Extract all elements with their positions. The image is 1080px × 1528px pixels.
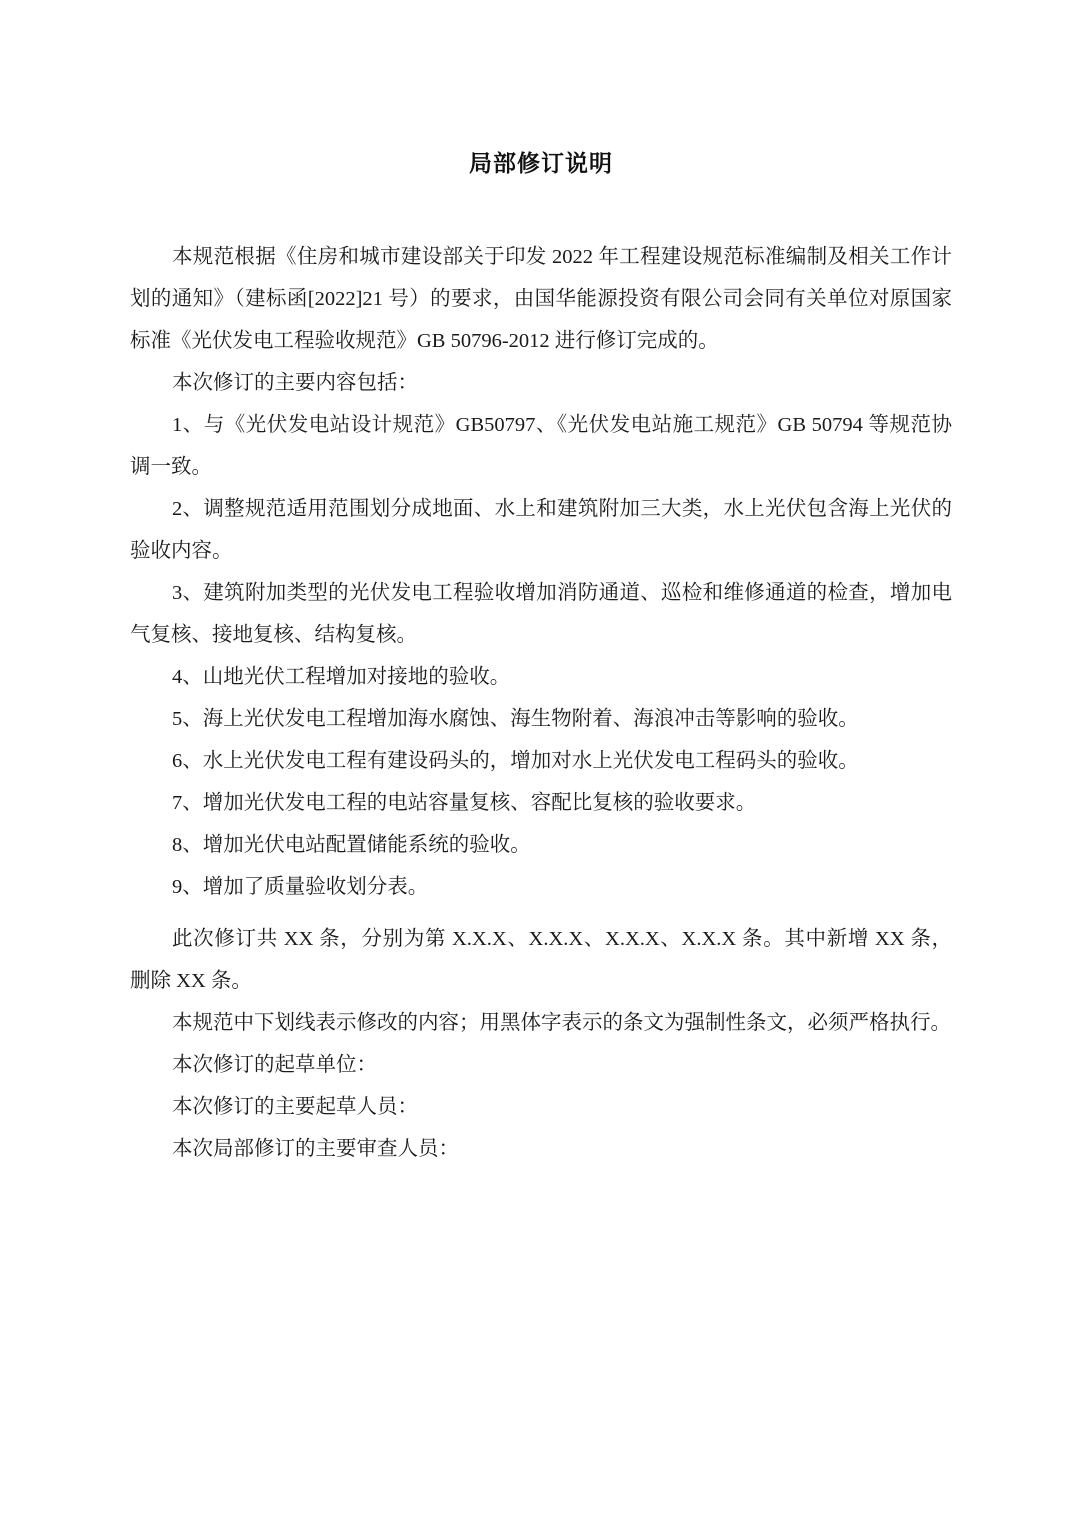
- revision-item-8: 8、增加光伏电站配置储能系统的验收。: [130, 824, 952, 866]
- revision-item-3: 3、建筑附加类型的光伏发电工程验收增加消防通道、巡检和维修通道的检查，增加电气复…: [130, 572, 952, 656]
- revision-item-7: 7、增加光伏发电工程的电站容量复核、容配比复核的验收要求。: [130, 782, 952, 824]
- revision-item-5: 5、海上光伏发电工程增加海水腐蚀、海生物附着、海浪冲击等影响的验收。: [130, 698, 952, 740]
- notation-paragraph: 本规范中下划线表示修改的内容；用黑体字表示的条文为强制性条文，必须严格执行。: [130, 1002, 952, 1044]
- revision-item-6: 6、水上光伏发电工程有建设码头的，增加对水上光伏发电工程码头的验收。: [130, 740, 952, 782]
- revision-item-4: 4、山地光伏工程增加对接地的验收。: [130, 656, 952, 698]
- revision-contents-heading: 本次修订的主要内容包括：: [130, 362, 952, 404]
- main-reviewers-line: 本次局部修订的主要审查人员：: [130, 1128, 952, 1170]
- document-body: 本规范根据《住房和城市建设部关于印发 2022 年工程建设规范标准编制及相关工作…: [130, 236, 952, 1170]
- revision-item-9: 9、增加了质量验收划分表。: [130, 866, 952, 908]
- revision-item-1: 1、与《光伏发电站设计规范》GB50797、《光伏发电站施工规范》GB 5079…: [130, 404, 952, 488]
- intro-paragraph: 本规范根据《住房和城市建设部关于印发 2022 年工程建设规范标准编制及相关工作…: [130, 236, 952, 362]
- revision-count-paragraph: 此次修订共 XX 条，分别为第 X.X.X、X.X.X、X.X.X、X.X.X …: [130, 918, 952, 1002]
- revision-item-2: 2、调整规范适用范围划分成地面、水上和建筑附加三大类，水上光伏包含海上光伏的验收…: [130, 488, 952, 572]
- page-title: 局部修订说明: [130, 146, 952, 182]
- main-drafters-line: 本次修订的主要起草人员：: [130, 1086, 952, 1128]
- drafting-unit-line: 本次修订的起草单位：: [130, 1044, 952, 1086]
